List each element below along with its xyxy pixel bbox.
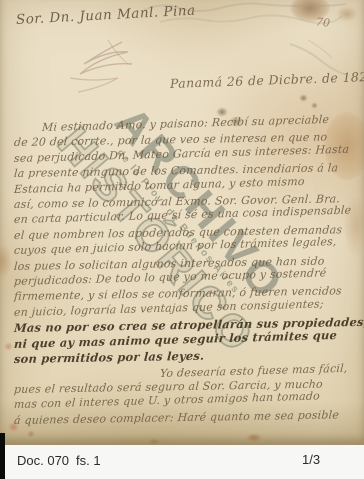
folio-number: 70 [315,15,330,29]
doc-number-label: Doc. 070 [17,453,69,468]
stain [148,438,160,445]
pencil-scribble [52,36,152,100]
manuscript-line: á quienes deseo complacer: Haré quanto m… [14,408,340,427]
stain [336,6,358,22]
stain [246,433,262,442]
stain [27,430,35,438]
stain [299,94,308,102]
stain [311,102,318,109]
document-viewer: ARCHIVO de la Prov. de Buenos Aires HIST… [0,0,364,479]
manuscript-line: son permitidos por las leyes. [14,349,205,366]
stain [0,244,12,278]
stain [4,342,13,351]
address-line: Sor. Dn. Juan Manl. Pina [16,3,196,28]
folio-label: fs. 1 [76,453,101,468]
date-line: Panamá 26 de Dicbre. de 1827. [170,69,364,91]
scan-edge [0,433,5,479]
letter-scan: ARCHIVO de la Prov. de Buenos Aires HIST… [0,0,364,445]
page-indicator: 1/3 [302,452,320,467]
